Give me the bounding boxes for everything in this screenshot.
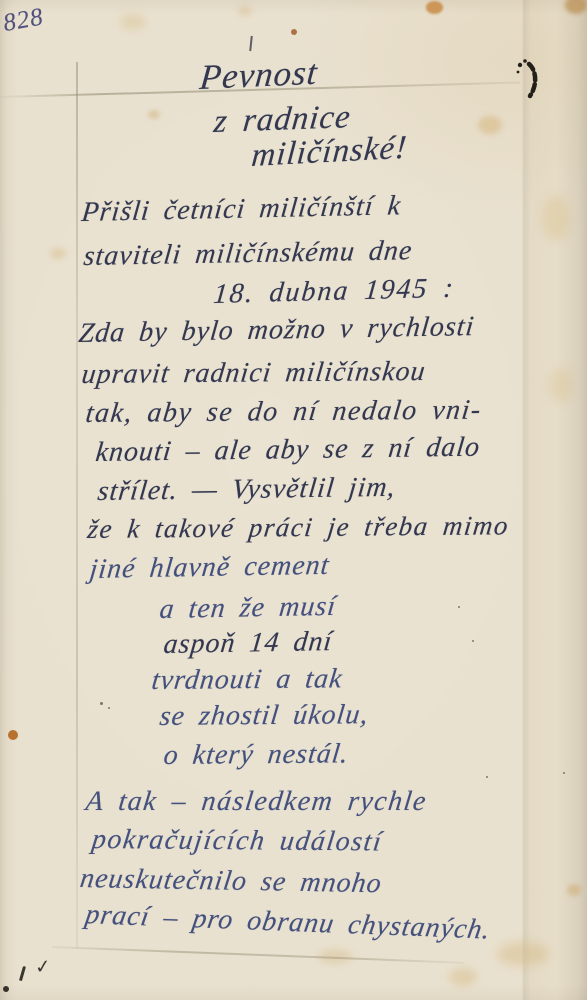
manuscript-line: Přišli četníci miličínští k (80, 190, 403, 229)
ink-speck (100, 702, 103, 705)
archive-number: 828 (1, 3, 46, 38)
stain (318, 950, 352, 963)
paper-crease (521, 0, 587, 1000)
stain (8, 730, 18, 740)
title-line: miličínské! (250, 130, 409, 175)
stain (238, 6, 252, 16)
stain (291, 29, 297, 35)
manuscript-line: staviteli miličínskému dne (82, 235, 414, 273)
manuscript-line: A tak – následkem rychle (84, 786, 429, 818)
stain (120, 14, 146, 30)
ink-speck (458, 606, 460, 608)
manuscript-line: knouti – ale aby se z ní dalo (94, 432, 482, 469)
manuscript-line: pokračujících událostí (90, 824, 384, 858)
ink-speck (472, 640, 474, 642)
stain (542, 195, 570, 241)
check-mark: ✓ (34, 955, 52, 979)
pen-tick-mark (249, 36, 253, 51)
manuscript-page: 828 Pevnost z radnice miličínské! Přišli… (0, 0, 587, 1000)
stain (426, 1, 443, 14)
pencil-line-left (76, 62, 78, 948)
pencil-line-bottom (52, 946, 464, 963)
manuscript-line: se zhostil úkolu, (158, 699, 370, 733)
manuscript-line: aspoň 14 dní (162, 626, 334, 661)
manuscript-line: a ten že musí (158, 591, 338, 626)
ink-speck (563, 772, 565, 774)
manuscript-line: že k takové práci je třeba mimo (86, 510, 511, 545)
manuscript-line: upravit radnici miličínskou (80, 356, 427, 391)
stain (50, 248, 66, 259)
manuscript-line: Zda by bylo možno v rychlosti (77, 311, 476, 350)
pen-stroke-mark (19, 966, 26, 981)
stain (567, 884, 581, 896)
stain (449, 968, 477, 986)
manuscript-line: prací – pro obranu chystaných. (83, 899, 493, 946)
ink-smudge (508, 57, 542, 101)
stain (497, 942, 549, 966)
stain (478, 116, 502, 134)
manuscript-line: střílet. — Vysvětlil jim, (96, 472, 397, 508)
manuscript-line: neuskutečnilo se mnoho (78, 863, 384, 900)
manuscript-line: tak, aby se do ní nedalo vni- (84, 395, 484, 430)
stain (549, 368, 573, 402)
ink-dot-mark (3, 986, 9, 992)
stain (148, 110, 160, 119)
manuscript-line: o který nestál. (162, 738, 350, 772)
ink-speck (108, 707, 110, 709)
title-line: Pevnost (198, 53, 320, 98)
manuscript-line: jiné hlavně cement (88, 550, 331, 586)
ink-speck (486, 776, 488, 778)
manuscript-line: 18. dubna 1945 : (212, 273, 456, 311)
manuscript-line: tvrdnouti a tak (150, 663, 344, 697)
stain (565, 0, 587, 14)
